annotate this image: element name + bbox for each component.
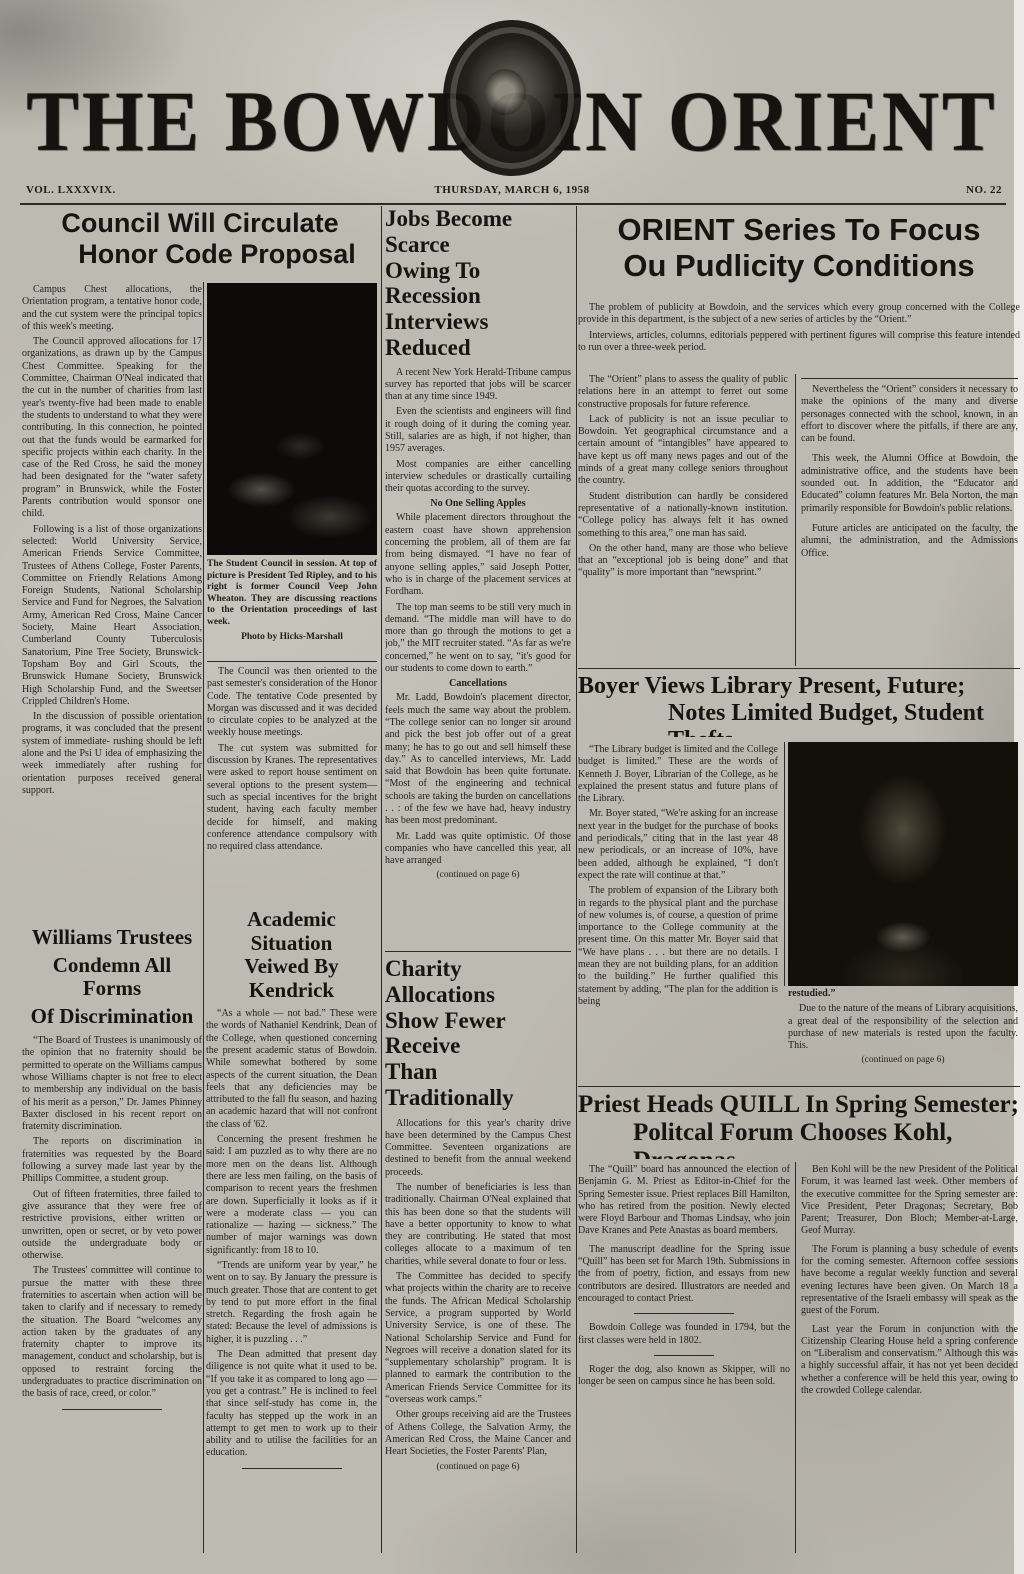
photo-credit: Photo by Hicks-Marshall <box>207 632 377 642</box>
paragraph: Future articles are anticipated on the f… <box>801 523 1018 560</box>
paragraph: “The Board of Trustees is unanimously of… <box>22 1035 202 1133</box>
brief-item: Roger the dog, also known as Skipper, wi… <box>578 1364 790 1389</box>
column-rule <box>203 282 204 1553</box>
caption-fragment: restudied.” <box>788 988 1018 1000</box>
article-boyer-continuation: restudied.” Due to the nature of the mea… <box>788 988 1018 1084</box>
paragraph: Concerning the present freshmen he said:… <box>206 1134 377 1257</box>
column-rule <box>381 206 382 1553</box>
paragraph: The Dean admitted that present day dilig… <box>206 1349 377 1460</box>
paragraph: The cut system was submitted for discuss… <box>207 743 377 854</box>
headline-line: ORIENT Series To Focus <box>578 212 1020 248</box>
article-academic: Academic Situation Veiwed By Kendrick “A… <box>206 908 377 1553</box>
headline-line: Council Will Circulate <box>22 208 378 239</box>
seal-emblem-icon <box>484 69 526 115</box>
paragraph: The Committee has decided to specify wha… <box>385 1271 571 1406</box>
headline-line: Than Traditionally <box>385 1059 571 1111</box>
continued-note: (continued on page 6) <box>385 870 571 880</box>
article-orient-left-col: The “Orient” plans to assess the quality… <box>578 374 788 666</box>
paragraph: The Forum is planning a busy schedule of… <box>801 1244 1018 1318</box>
article-orient-lede: The problem of publicity at Bowdoin, and… <box>578 302 1020 374</box>
section-rule <box>385 951 571 952</box>
brief-item: Bowdoin College was founded in 1794, but… <box>578 1322 790 1347</box>
paragraph: “The Library budget is limited and the C… <box>578 744 778 805</box>
paragraph: Due to the nature of the means of Librar… <box>788 1003 1018 1052</box>
paragraph: The “Orient” plans to assess the quality… <box>578 374 788 411</box>
brief-divider <box>654 1355 714 1356</box>
paragraph: The top man seems to be still very much … <box>385 602 571 676</box>
brief-divider <box>634 1313 734 1314</box>
headline-line: Charity Allocations <box>385 956 571 1008</box>
paragraph: Last year the Forum in conjunction with … <box>801 1324 1018 1398</box>
headline-line: Priest Heads QUILL In Spring Semester; <box>578 1091 1020 1119</box>
paragraph: The Trustees' committee will continue to… <box>22 1265 202 1400</box>
paragraph: Allocations for this year's charity driv… <box>385 1118 571 1179</box>
paragraph: The Council was then oriented to the pas… <box>207 666 377 740</box>
paragraph: Even the scientists and engineers will f… <box>385 406 571 455</box>
masthead-rule <box>20 203 1006 205</box>
paragraph: Campus Chest allocations, the Orientatio… <box>22 284 202 333</box>
paragraph: Nevertheless the “Orient” considers it n… <box>801 384 1018 445</box>
article-priest-headline: Priest Heads QUILL In Spring Semester; P… <box>578 1091 1020 1159</box>
headline-line: Honor Code Proposal <box>22 239 378 270</box>
article-priest-right-col: Ben Kohl will be the new President of th… <box>801 1164 1018 1553</box>
bowdoin-seal-icon <box>443 20 581 176</box>
headline-line: Academic Situation <box>206 908 377 955</box>
date-label: THURSDAY, MARCH 6, 1958 <box>0 184 1024 196</box>
continued-note: (continued on page 6) <box>788 1055 1018 1065</box>
section-rule <box>578 1086 1020 1087</box>
paragraph: The problem of publicity at Bowdoin, and… <box>578 302 1020 327</box>
boyer-portrait-photo <box>788 742 1018 986</box>
paragraph: Out of fifteen fraternities, three faile… <box>22 1189 202 1263</box>
paragraph: The manuscript deadline for the Spring i… <box>578 1244 790 1305</box>
article-orient-headline: ORIENT Series To Focus Ou Pudlicity Cond… <box>578 212 1020 298</box>
headline-line: Politcal Forum Chooses Kohl, Dragonas <box>578 1119 1020 1159</box>
headline-line: Notes Limited Budget, Student Thefts <box>578 700 1020 737</box>
paragraph: “Trends are uniform year by year,” he we… <box>206 1260 377 1346</box>
article-boyer-headline: Boyer Views Library Present, Future; Not… <box>578 673 1020 737</box>
paragraph: Lack of publicity is not an issue peculi… <box>578 414 788 488</box>
paragraph: Mr. Boyer stated, “We're asking for an i… <box>578 808 778 882</box>
paragraph: While placement directors throughout the… <box>385 512 571 598</box>
article-priest-left-col: The “Quill” board has announced the elec… <box>578 1164 790 1553</box>
paragraph: The Council approved allocations for 17 … <box>22 336 202 520</box>
paragraph: The “Quill” board has announced the elec… <box>578 1164 790 1238</box>
paragraph: On the other hand, many are those who be… <box>578 543 788 580</box>
caption-rule <box>207 661 377 662</box>
headline-line: Of Discrimination <box>22 1005 202 1029</box>
paragraph: Interviews, articles, columns, editorial… <box>578 330 1020 355</box>
column-rule <box>795 374 796 666</box>
headline-line: Jobs Become Scarce <box>385 206 571 258</box>
paragraph: The number of beneficiaries is less than… <box>385 1182 571 1268</box>
paragraph: In the discussion of possible orientatio… <box>22 711 202 797</box>
paragraph: Most companies are either cancelling int… <box>385 459 571 496</box>
paragraph: A recent New York Herald-Tribune campus … <box>385 367 571 404</box>
subhead: Cancellations <box>385 678 571 689</box>
paragraph: “As a whole — not bad.” These were the w… <box>206 1008 377 1131</box>
headline-line: Owing To Recession <box>385 258 571 310</box>
article-council-headline: Council Will Circulate Honor Code Propos… <box>22 208 378 282</box>
section-rule <box>578 668 1020 669</box>
article-jobs: Jobs Become Scarce Owing To Recession In… <box>385 206 571 950</box>
headline-line: Ou Pudlicity Conditions <box>578 248 1020 284</box>
headline-line: Boyer Views Library Present, Future; <box>578 673 1020 700</box>
paragraph: Ben Kohl will be the new President of th… <box>801 1164 1018 1238</box>
issue-number: NO. 22 <box>966 184 1002 196</box>
student-council-photo <box>207 283 377 555</box>
headline-line: Interviews Reduced <box>385 309 571 361</box>
headline-line: Show Fewer Receive <box>385 1008 571 1060</box>
article-council-body: Campus Chest allocations, the Orientatio… <box>22 284 202 924</box>
photo-caption: The Student Council in session. At top o… <box>207 559 377 628</box>
subhead: No One Selling Apples <box>385 498 571 509</box>
article-charity: Charity Allocations Show Fewer Receive T… <box>385 956 571 1553</box>
photo-caption-block: The Student Council in session. At top o… <box>207 559 377 659</box>
paragraph: Mr. Ladd was quite optimistic. Of those … <box>385 831 571 868</box>
headline-line: Condemn All Forms <box>22 954 202 1001</box>
newspaper-front-page: THE BOWDOIN ORIENT VOL. LXXXVIX. THURSDA… <box>0 0 1024 1574</box>
headline-line: Williams Trustees <box>22 926 202 950</box>
article-council-continuation: The Council was then oriented to the pas… <box>207 666 377 906</box>
article-williams: Williams Trustees Condemn All Forms Of D… <box>22 926 202 1553</box>
paragraph: Student distribution can hardly be consi… <box>578 491 788 540</box>
column-rule <box>795 1162 796 1553</box>
article-end-divider <box>62 1409 162 1410</box>
paragraph: Mr. Ladd, Bowdoin's placement director, … <box>385 692 571 827</box>
column-rule <box>784 742 785 986</box>
column-rule <box>576 206 577 1553</box>
paragraph: The reports on discrimination in fratern… <box>22 1136 202 1185</box>
paragraph: The problem of expansion of the Library … <box>578 885 778 1008</box>
article-orient-right-col: Nevertheless the “Orient” considers it n… <box>801 378 1018 672</box>
paragraph: This week, the Alumni Office at Bowdoin,… <box>801 453 1018 514</box>
article-boyer-body: “The Library budget is limited and the C… <box>578 744 778 1082</box>
headline-line: Veiwed By Kendrick <box>206 955 377 1002</box>
continued-note: (continued on page 6) <box>385 1462 571 1472</box>
paragraph: Other groups receiving aid are the Trust… <box>385 1409 571 1458</box>
article-end-divider <box>242 1468 342 1469</box>
paragraph: Following is a list of those organizatio… <box>22 524 202 708</box>
